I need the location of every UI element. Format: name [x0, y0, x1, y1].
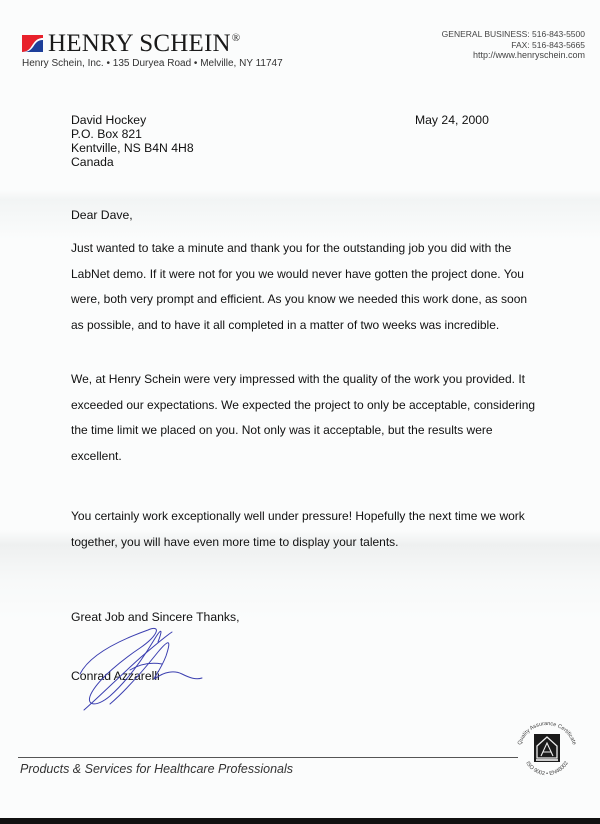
paragraph-line: LabNet demo. If it were not for you we w… — [71, 262, 591, 288]
recipient-name: David Hockey — [71, 113, 194, 127]
recipient-address-line1: P.O. Box 821 — [71, 127, 194, 141]
fax-number: FAX: 516-843-5665 — [442, 40, 585, 51]
signer-name: Conrad Azzarelli — [71, 669, 160, 683]
website-link[interactable]: http://www.henryschein.com — [442, 50, 585, 61]
body-paragraph: We, at Henry Schein were very impressed … — [71, 367, 591, 469]
body-paragraph: Just wanted to take a minute and thank y… — [71, 236, 591, 338]
iso-certificate-seal-icon: Quality Assurance Certificate ISO 9002 •… — [510, 712, 584, 786]
paragraph-line: together, you will have even more time t… — [71, 530, 591, 556]
paragraph-line: Just wanted to take a minute and thank y… — [71, 236, 591, 262]
scan-edge — [0, 818, 600, 824]
company-address: Henry Schein, Inc. • 135 Duryea Road • M… — [22, 58, 283, 69]
body-paragraph: You certainly work exceptionally well un… — [71, 504, 591, 555]
company-logo: HENRY SCHEIN® — [22, 31, 240, 56]
paragraph-line: were, both very prompt and efficient. As… — [71, 287, 591, 313]
letter-page: HENRY SCHEIN® Henry Schein, Inc. • 135 D… — [0, 0, 600, 818]
letter-date: May 24, 2000 — [415, 113, 489, 127]
salutation: Dear Dave, — [71, 208, 133, 222]
paragraph-line: exceeded our expectations. We expected t… — [71, 393, 591, 419]
footer-divider — [18, 757, 518, 758]
company-contact: GENERAL BUSINESS: 516-843-5500 FAX: 516-… — [442, 29, 585, 61]
recipient-country: Canada — [71, 155, 194, 169]
company-name: HENRY SCHEIN® — [48, 31, 240, 56]
closing: Great Job and Sincere Thanks, — [71, 610, 239, 624]
footer-tagline: Products & Services for Healthcare Profe… — [20, 762, 293, 776]
paragraph-line: excellent. — [71, 444, 591, 470]
paragraph-line: You certainly work exceptionally well un… — [71, 504, 591, 530]
paragraph-line: We, at Henry Schein were very impressed … — [71, 367, 591, 393]
phone-number: GENERAL BUSINESS: 516-843-5500 — [442, 29, 585, 40]
recipient-address: David Hockey P.O. Box 821 Kentville, NS … — [71, 113, 194, 169]
henry-schein-flag-icon — [22, 35, 43, 52]
paragraph-line: as possible, and to have it all complete… — [71, 313, 591, 339]
paragraph-line: the time limit we placed on you. Not onl… — [71, 418, 591, 444]
svg-text:ISO 9002 • EN46002: ISO 9002 • EN46002 — [524, 760, 570, 777]
handwritten-signature-icon — [70, 612, 205, 712]
seal-bottom-text: ISO 9002 • EN46002 — [524, 760, 570, 777]
recipient-address-line2: Kentville, NS B4N 4H8 — [71, 141, 194, 155]
